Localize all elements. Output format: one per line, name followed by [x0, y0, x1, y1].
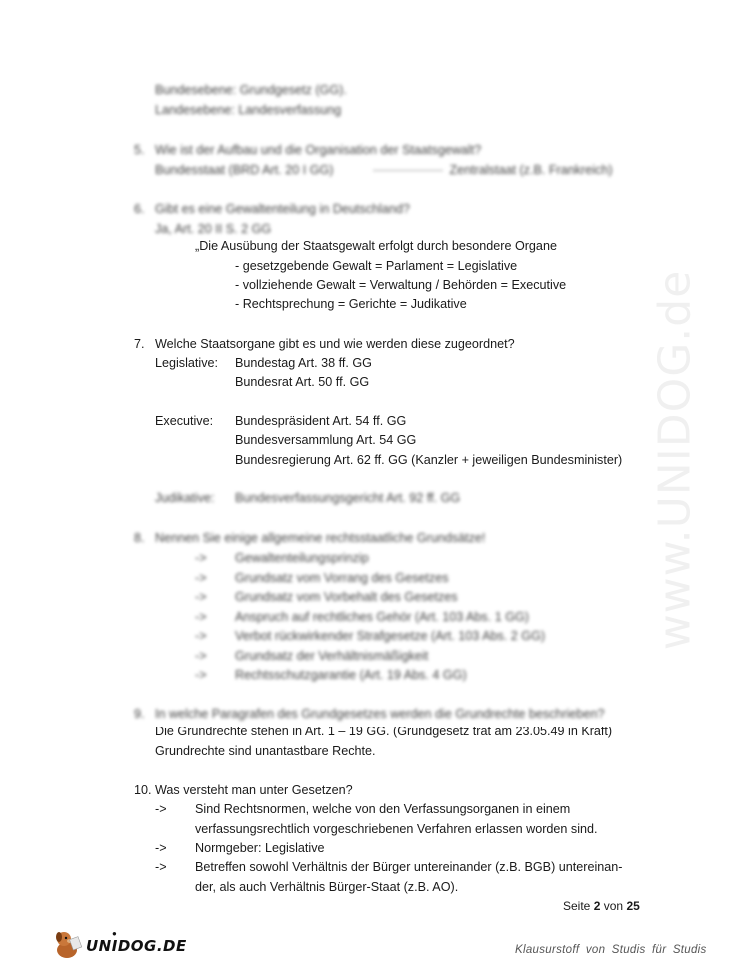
page-prefix: Seite [563, 899, 590, 913]
question-number: 9. [134, 706, 145, 722]
connector-line [373, 170, 443, 171]
list-item: Rechtsschutzgarantie (Art. 19 Abs. 4 GG) [235, 667, 467, 683]
watermark: www.UNIDOG.de [655, 255, 695, 665]
list-item: Grundsatz der Verhältnismäßigkeit [235, 648, 428, 664]
answer-6: Ja, Art. 20 II S. 2 GG [155, 221, 271, 237]
list-item: Verbot rückwirkender Strafgesetze (Art. … [235, 628, 545, 644]
arrow: -> [195, 550, 207, 566]
question-10: Was versteht man unter Gesetzen? [155, 782, 353, 798]
list-item: verfassungsrechtlich vorgeschriebenen Ve… [195, 821, 598, 837]
list-item: Anspruch auf rechtliches Gehör (Art. 103… [235, 609, 529, 625]
list-item: Sind Rechtsnormen, welche von den Verfas… [195, 801, 570, 817]
logo-text: UNIDOG.DE [86, 937, 187, 955]
list-item: - vollziehende Gewalt = Verwaltung / Beh… [235, 277, 566, 293]
arrow: -> [155, 859, 167, 875]
list-item: Bundesverfassungsgericht Art. 92 ff. GG [235, 490, 460, 506]
answer-9-line-1: Die Grundrechte stehen in Art. 1 – 19 GG… [155, 723, 612, 739]
question-8: Nennen Sie einige allgemeine rechtsstaat… [155, 530, 485, 546]
arrow: -> [195, 648, 207, 664]
page-number: Seite 2 von 25 [563, 899, 640, 913]
list-item: Grundsatz vom Vorrang des Gesetzes [235, 570, 449, 586]
arrow: -> [195, 667, 207, 683]
list-item: Bundesversammlung Art. 54 GG [235, 432, 416, 448]
answer-5: Bundesstaat (BRD Art. 20 I GG)Zentralsta… [155, 162, 613, 178]
arrow: -> [195, 570, 207, 586]
question-9: In welche Paragrafen des Grundgesetzes w… [155, 706, 604, 722]
question-number: 8. [134, 530, 145, 546]
list-item: Bundesregierung Art. 62 ff. GG (Kanzler … [235, 452, 622, 468]
arrow: -> [155, 840, 167, 856]
tagline: Klausurstoff von Studis für Studis [515, 944, 707, 956]
label-judikative: Judikative: [155, 490, 215, 506]
question-number: 10. [134, 782, 152, 798]
list-item: Normgeber: Legislative [195, 840, 325, 856]
list-item: Bundesrat Art. 50 ff. GG [235, 374, 369, 390]
list-item: der, als auch Verhältnis Bürger-Staat (z… [195, 879, 458, 895]
list-item: Gewaltenteilungsprinzip [235, 550, 369, 566]
quote: „Die Ausübung der Staatsgewalt erfolgt d… [195, 238, 557, 254]
list-item: Bundestag Art. 38 ff. GG [235, 355, 372, 371]
unidog-logo: ● UNIDOG.DE [52, 929, 172, 961]
list-item: - Rechtsprechung = Gerichte = Judikative [235, 296, 467, 312]
arrow: -> [195, 609, 207, 625]
question-number: 6. [134, 201, 145, 217]
arrow: -> [155, 801, 167, 817]
arrow: -> [195, 589, 207, 605]
page-current: 2 [594, 899, 601, 913]
list-item: - gesetzgebende Gewalt = Parlament = Leg… [235, 258, 517, 274]
label-executive: Executive: [155, 413, 213, 429]
question-6: Gibt es eine Gewaltenteilung in Deutschl… [155, 201, 410, 217]
question-7: Welche Staatsorgane gibt es und wie werd… [155, 336, 515, 352]
list-item: Betreffen sowohl Verhältnis der Bürger u… [195, 859, 623, 875]
page-sep: von [604, 899, 623, 913]
label-legislative: Legislative: [155, 355, 218, 371]
list-item: Bundespräsident Art. 54 ff. GG [235, 413, 406, 429]
blurred-text: Bundesebene: Grundgesetz (GG). [155, 82, 347, 98]
answer-left: Bundesstaat (BRD Art. 20 I GG) [155, 163, 333, 177]
page-total: 25 [626, 899, 639, 913]
question-5: Wie ist der Aufbau und die Organisation … [155, 142, 481, 158]
watermark-text: www.UNIDOG.de [650, 270, 701, 651]
dog-mascot-icon [52, 929, 86, 959]
question-number: 7. [134, 336, 145, 352]
question-number: 5. [134, 142, 145, 158]
answer-9-line-2: Grundrechte sind unantastbare Rechte. [155, 743, 376, 759]
list-item: Grundsatz vom Vorbehalt des Gesetzes [235, 589, 458, 605]
answer-right: Zentralstaat (z.B. Frankreich) [449, 163, 612, 177]
arrow: -> [195, 628, 207, 644]
blurred-text: Landesebene: Landesverfassung [155, 102, 341, 118]
